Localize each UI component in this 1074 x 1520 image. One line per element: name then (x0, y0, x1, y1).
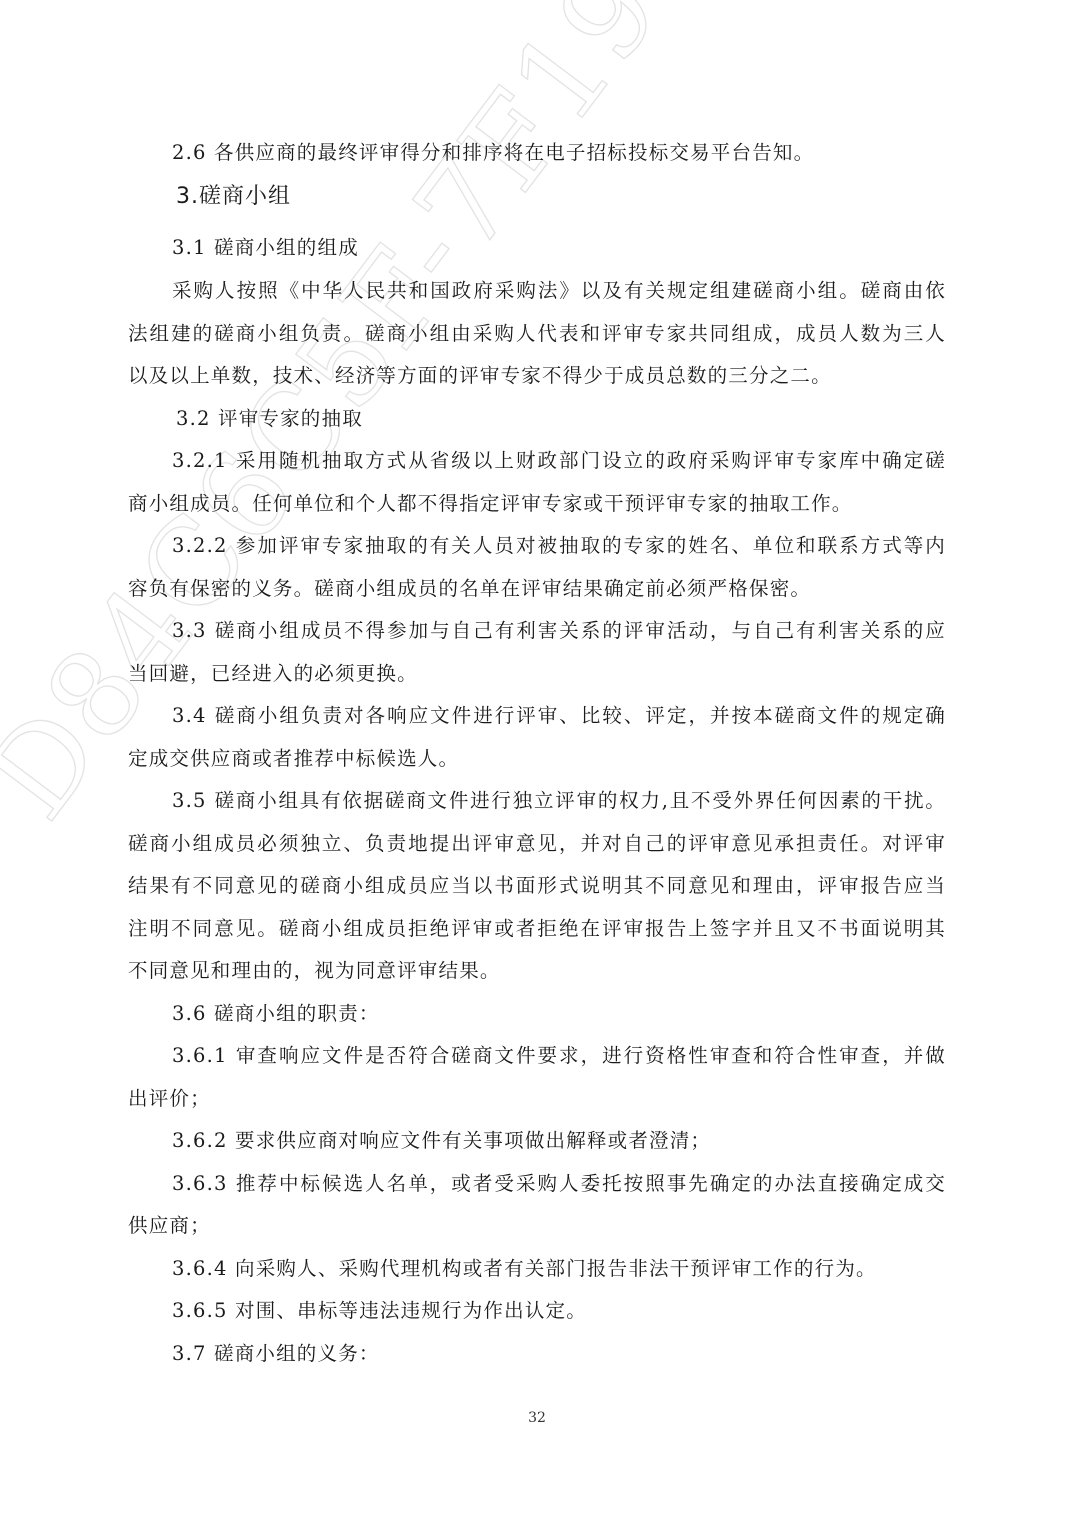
paragraph-3-4-line1: 3.4 磋商小组负责对各响应文件进行评审、比较、评定，并按本磋商文件的规定确 (172, 704, 946, 728)
paragraph-3-2-2-line1: 3.2.2 参加评审专家抽取的有关人员对被抽取的专家的姓名、单位和联系方式等内 (172, 534, 946, 558)
subheading-3-1: 3.1 磋商小组的组成 (172, 236, 359, 260)
section-heading-3: 3.磋商小组 (176, 185, 291, 209)
paragraph-3-1-line3: 以及以上单数，技术、经济等方面的评审专家不得少于成员总数的三分之二。 (128, 364, 832, 388)
subheading-3-2: 3.2 评审专家的抽取 (176, 407, 363, 431)
paragraph-3-3-line2: 当回避，已经进入的必须更换。 (128, 662, 418, 686)
paragraph-3-6-3-line2: 供应商； (128, 1214, 211, 1238)
subheading-3-6: 3.6 磋商小组的职责： (172, 1002, 380, 1026)
paragraph-3-6-2: 3.6.2 要求供应商对响应文件有关事项做出解释或者澄清； (172, 1129, 711, 1153)
paragraph-3-5-line4: 注明不同意见。磋商小组成员拒绝评审或者拒绝在评审报告上签字并且又不书面说明其 (128, 917, 946, 941)
paragraph-3-1-line1: 采购人按照《中华人民共和国政府采购法》以及有关规定组建磋商小组。磋商由依 (172, 279, 946, 303)
paragraph-3-2-1-line1: 3.2.1 采用随机抽取方式从省级以上财政部门设立的政府采购评审专家库中确定磋 (172, 449, 946, 473)
paragraph-3-1-line2: 法组建的磋商小组负责。磋商小组由采购人代表和评审专家共同组成，成员人数为三人 (128, 322, 946, 346)
paragraph-3-2-2-line2: 容负有保密的义务。磋商小组成员的名单在评审结果确定前必须严格保密。 (128, 577, 811, 601)
paragraph-3-6-4: 3.6.4 向采购人、采购代理机构或者有关部门报告非法干预评审工作的行为。 (172, 1257, 877, 1281)
document-page: D84C6C5F-7F19-42B5-8C4D-CC7F952DAAAA 2.6… (0, 0, 1074, 1520)
paragraph-3-5-line1: 3.5 磋商小组具有依据磋商文件进行独立评审的权力,且不受外界任何因素的干扰。 (172, 789, 946, 813)
subheading-3-7: 3.7 磋商小组的义务： (172, 1342, 380, 1366)
paragraph-3-6-5: 3.6.5 对围、串标等违法违规行为作出认定。 (172, 1299, 587, 1323)
paragraph-3-5-line5: 不同意见和理由的，视为同意评审结果。 (128, 959, 501, 983)
page-number: 32 (0, 1410, 1074, 1426)
paragraph-3-4-line2: 定成交供应商或者推荐中标候选人。 (128, 747, 459, 771)
paragraph-3-3-line1: 3.3 磋商小组成员不得参加与自己有利害关系的评审活动，与自己有利害关系的应 (172, 619, 946, 643)
paragraph-2-6: 2.6 各供应商的最终评审得分和排序将在电子招标投标交易平台告知。 (172, 141, 814, 165)
paragraph-3-5-line3: 结果有不同意见的磋商小组成员应当以书面形式说明其不同意见和理由，评审报告应当 (128, 874, 946, 898)
paragraph-3-5-line2: 磋商小组成员必须独立、负责地提出评审意见，并对自己的评审意见承担责任。对评审 (128, 832, 946, 856)
paragraph-3-6-1-line2: 出评价； (128, 1087, 211, 1111)
paragraph-3-6-3-line1: 3.6.3 推荐中标候选人名单，或者受采购人委托按照事先确定的办法直接确定成交 (172, 1172, 946, 1196)
paragraph-3-6-1-line1: 3.6.1 审查响应文件是否符合磋商文件要求，进行资格性审查和符合性审查，并做 (172, 1044, 946, 1068)
paragraph-3-2-1-line2: 商小组成员。任何单位和个人都不得指定评审专家或干预评审专家的抽取工作。 (128, 492, 853, 516)
